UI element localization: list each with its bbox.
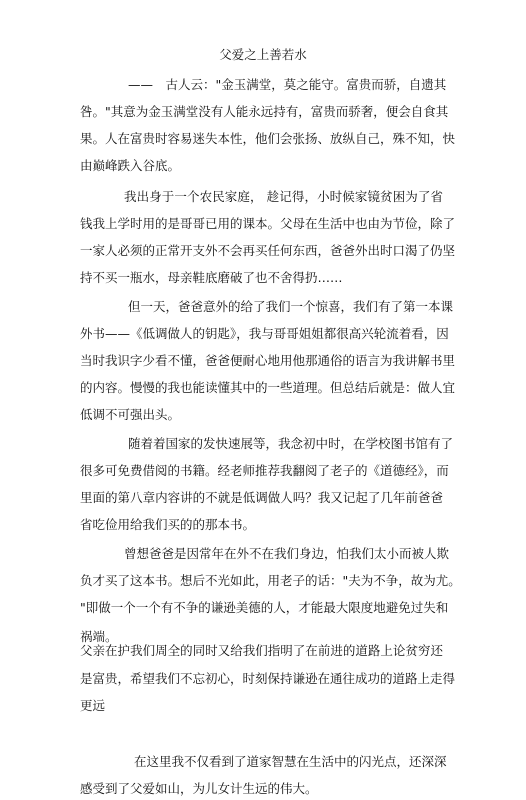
paragraph-3-line-1: 但一天，爸爸意外的给了我们一个惊喜，我们有了第一本课 (128, 299, 443, 315)
paragraph-7-line-1: 在这里我不仅看到了道家智慧在生活中的闪光点，还深深 (134, 754, 443, 770)
paragraph-2-line-3: 一家人必须的正常开支外不会再买任何东西，爸爸外出时口渴了仍坚 (80, 243, 443, 259)
paragraph-4-line-1: 随着着国家的发快速展等，我念初中时，在学校图书馆有了 (128, 436, 443, 452)
paragraph-1-line-2: 咎。"其意为金玉满堂没有人能永远持有，富贵而骄奢，便会自食其 (80, 104, 443, 120)
paragraph-2-line-1: 我出身于一个农民家庭， 趁记得，小时候家镜贫困为了省 (124, 189, 443, 205)
paragraph-3-line-3: 当时我识字少看不懂，爸爸便耐心地用他那通俗的语言为我讲解书里 (80, 353, 443, 369)
document-page: 父爱之上善若水 —— 古人云："金玉满堂，莫之能守。富贵而骄，自遗其 咎。"其意… (0, 0, 526, 800)
paragraph-3-line-2: 外书——《低调做人的钥匙》，我与哥哥姐姐都很高兴轮流着看，因 (80, 326, 443, 342)
paragraph-5-line-2: 负才买了这本书。想后不光如此，用老子的话："夫为不争，故为尤。 (80, 573, 443, 589)
paragraph-6-line-3: 更远 (80, 698, 443, 714)
paragraph-4-line-3: 里面的第八章内容讲的不就是低调做人吗？我又记起了几年前爸爸 (80, 490, 443, 506)
paragraph-4-line-2: 很多可免费借阅的书籍。经老师推荐我翻阅了老子的《道德经》，而 (80, 463, 443, 479)
paragraph-6-line-2: 是富贵，希望我们不忘初心，时刻保持谦逊在通往成功的道路上走得 (80, 671, 443, 687)
paragraph-1-line-3: 果。人在富贵时容易迷失本性，他们会张扬、放纵自己，殊不知，快 (80, 131, 443, 147)
paragraph-5-line-3: "即做一个一个有不争的谦逊美德的人，才能最大限度地避免过失和 (80, 600, 443, 616)
paragraph-4-line-4: 省吃俭用给我们买的的那本书。 (80, 517, 443, 533)
paragraph-6-line-1: 父亲在护我们周全的同时又给我们指明了在前进的道路上论贫穷还 (80, 643, 443, 659)
paragraph-7-line-2: 感受到了父爱如山，为儿女计生远的伟大。 (80, 781, 443, 797)
document-title: 父爱之上善若水 (0, 47, 526, 63)
paragraph-2-line-2: 钱我上学时用的是哥哥已用的课本。父母在生活中也由为节俭，除了 (80, 216, 443, 232)
paragraph-1-line-4: 由巅峰跌入谷底。 (80, 158, 443, 174)
paragraph-1-line-1: —— 古人云："金玉满堂，莫之能守。富贵而骄，自遗其 (128, 77, 443, 93)
paragraph-5-line-1: 曾想爸爸是因常年在外不在我们身边，怕我们太小而被人欺 (124, 546, 443, 562)
paragraph-3-line-4: 的内容。慢慢的我也能读懂其中的一些道理。但总结后就是：做人宜 (80, 380, 443, 396)
paragraph-2-line-4: 持不买一瓶水，母亲鞋底磨破了也不舍得扔…… (80, 270, 443, 286)
paragraph-3-line-5: 低调不可强出头。 (80, 407, 443, 423)
